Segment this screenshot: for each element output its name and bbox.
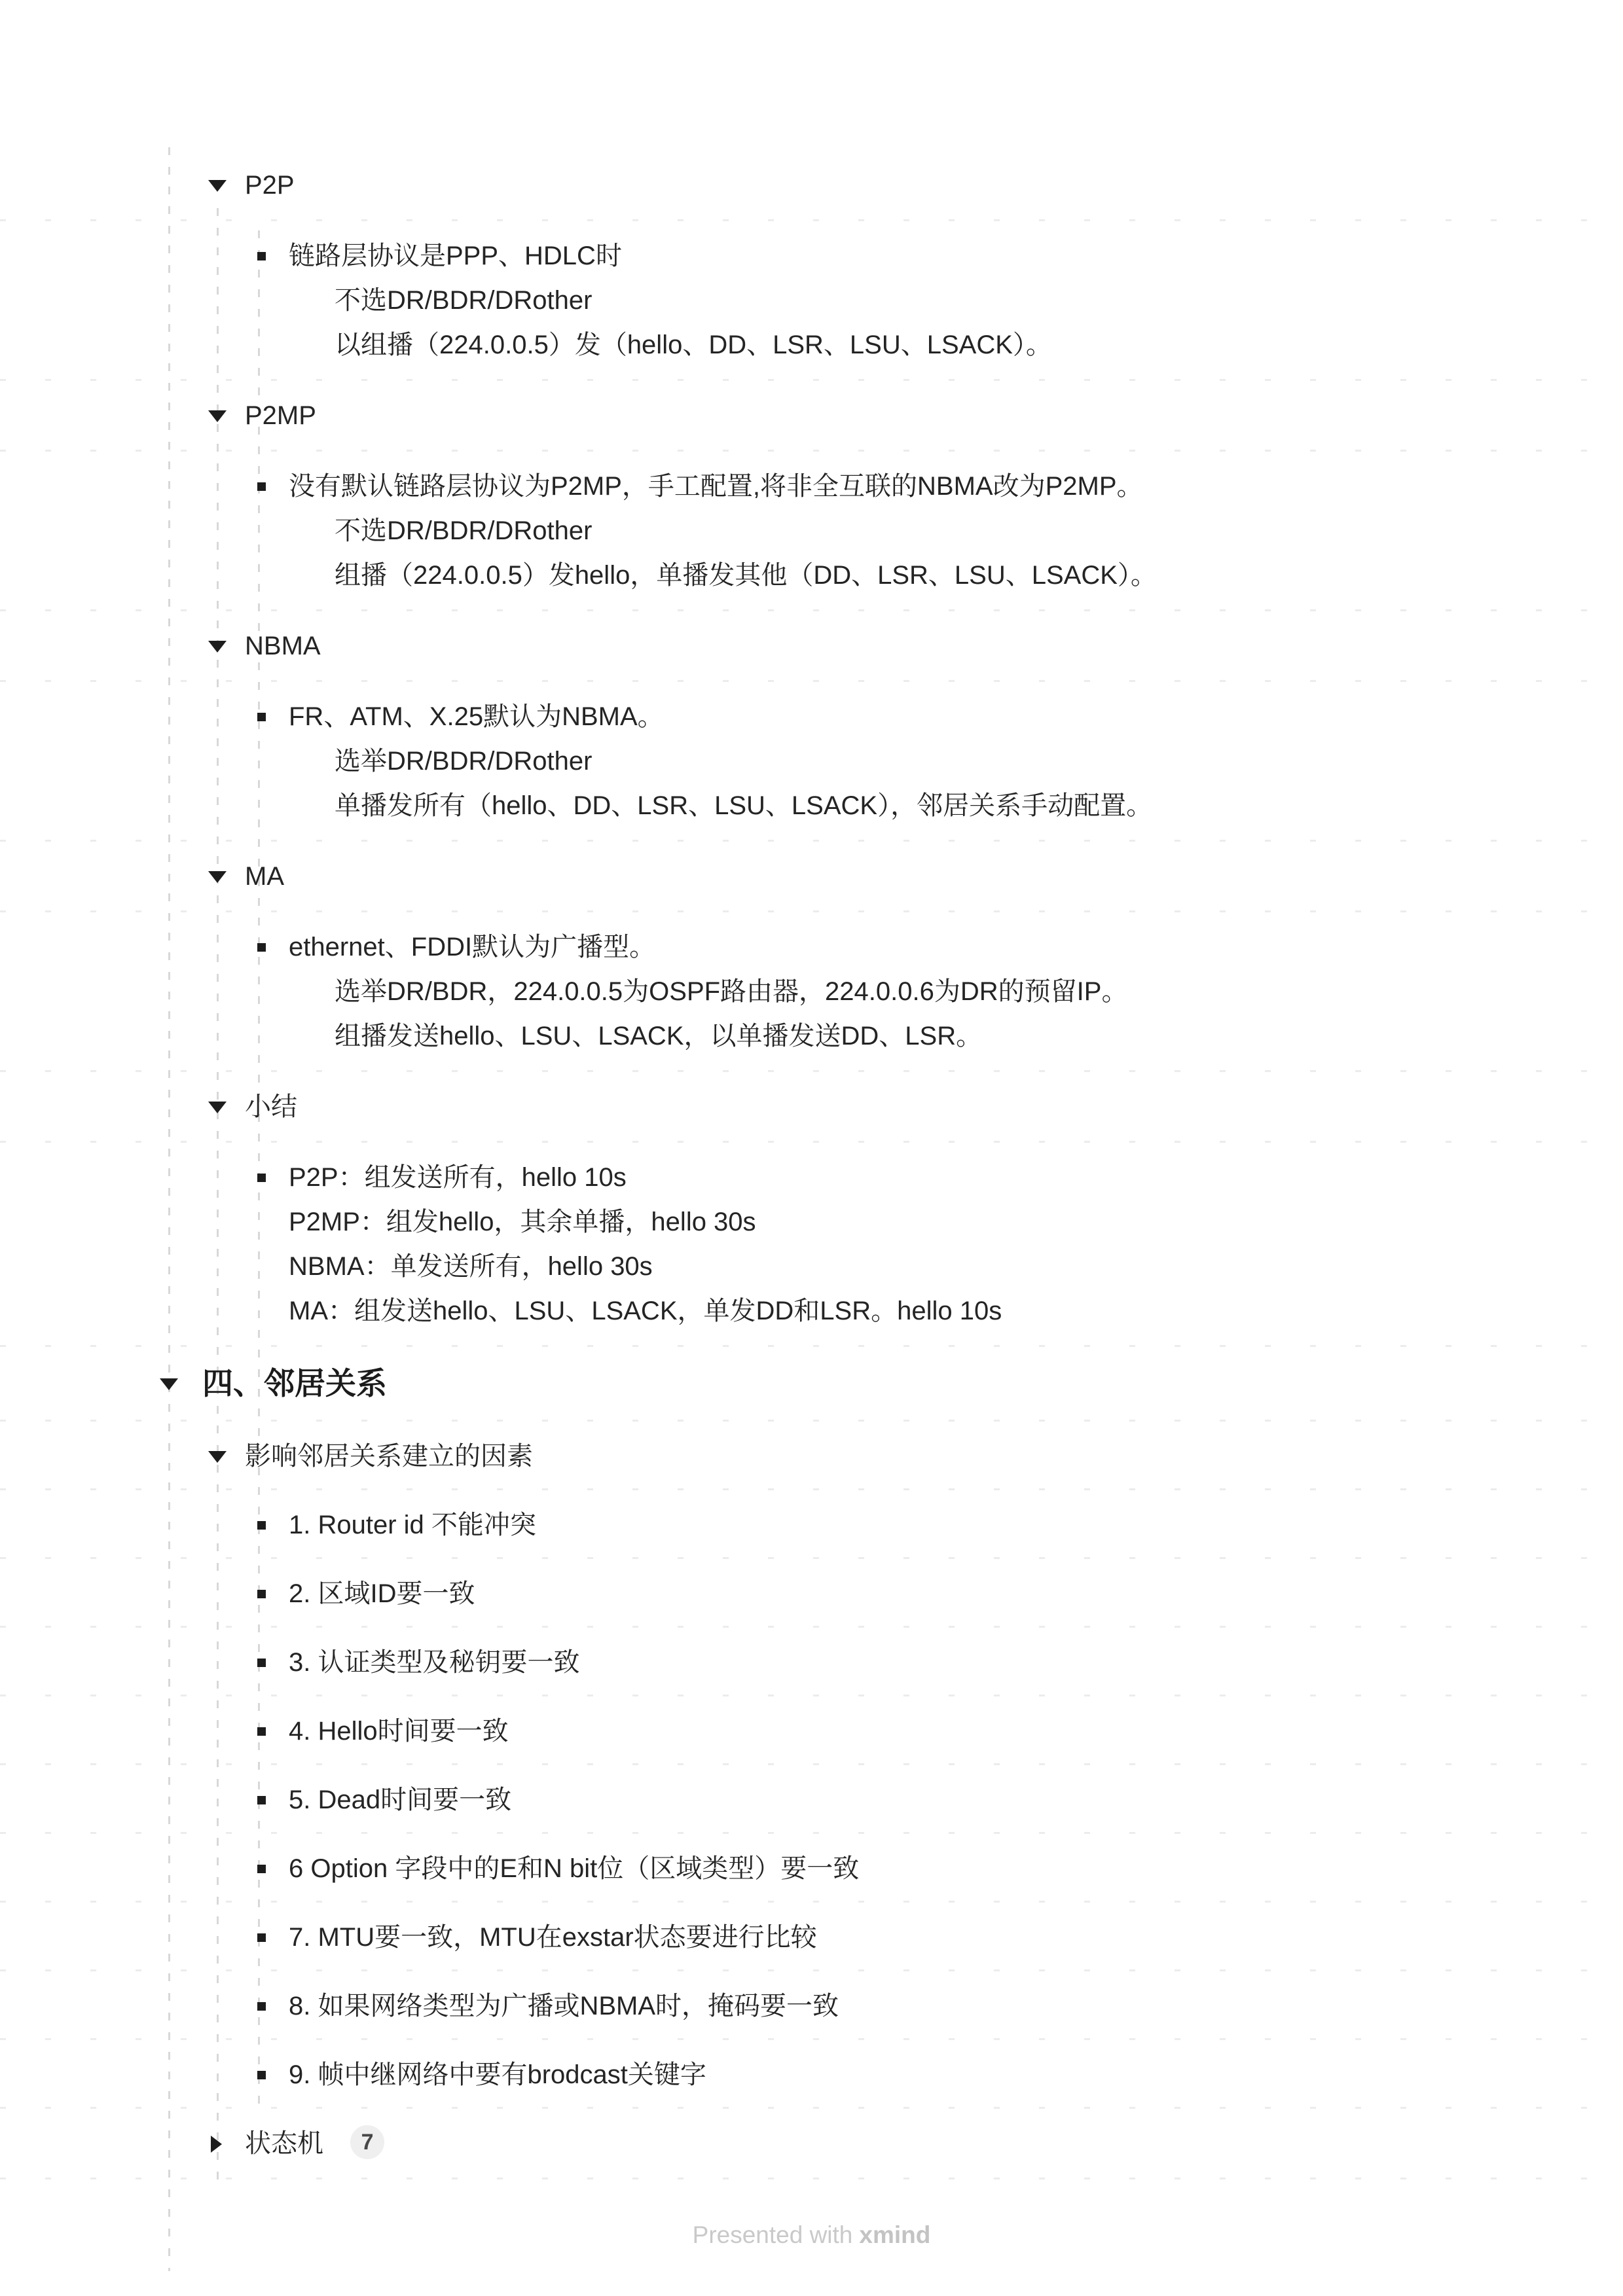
note-line: 不选DR/BDR/DRother <box>289 278 1623 323</box>
bullet-square-icon <box>257 1521 266 1530</box>
note-line: P2MP：组发hello，其余单播，hello 30s <box>289 1200 1623 1244</box>
note-line: 没有默认链路层协议为P2MP，手工配置,将非全互联的NBMA改为P2MP。 <box>289 464 1623 509</box>
note-line: 4. Hello时间要一致 <box>289 1709 1623 1753</box>
note-line: 选举DR/BDR，224.0.0.5为OSPF路由器，224.0.0.6为DR的… <box>289 969 1623 1014</box>
bullet-square-icon <box>257 1727 266 1736</box>
note-line: 8. 如果网络类型为广播或NBMA时，掩码要一致 <box>289 1984 1623 2028</box>
note-line: 链路层协议是PPP、HDLC时 <box>289 234 1623 278</box>
expand-triangle-icon[interactable] <box>211 2136 222 2153</box>
note-row-factor-1: 1. Router id 不能冲突 <box>0 1503 1623 1547</box>
bullet-square-icon <box>257 1174 266 1182</box>
note-line: 组播（224.0.0.5）发hello，单播发其他（DD、LSR、LSU、LSA… <box>289 553 1623 598</box>
footer: Presented withxmind <box>0 2221 1623 2250</box>
topic-row-summary[interactable]: 小结 <box>0 1085 1623 1129</box>
topic-label[interactable]: NBMA <box>245 632 321 660</box>
note-line: ethernet、FDDI默认为广播型。 <box>289 925 1623 969</box>
bullet-square-icon <box>257 2002 266 2011</box>
bullet-square-icon <box>257 252 266 260</box>
collapse-triangle-icon[interactable] <box>208 1451 227 1463</box>
section-title[interactable]: 四、邻居关系 <box>202 1366 387 1401</box>
outline-content: P2P 链路层协议是PPP、HDLC时 不选DR/BDR/DRother 以组播… <box>0 163 1623 2194</box>
note-line: 选举DR/BDR/DRother <box>289 739 1623 783</box>
topic-row-neighbor-relations[interactable]: 四、邻居关系 <box>0 1359 1623 1408</box>
note-line: FR、ATM、X.25默认为NBMA。 <box>289 694 1623 739</box>
collapse-triangle-icon[interactable] <box>208 180 227 192</box>
footer-brand: xmind <box>859 2221 930 2248</box>
note-line: 5. Dead时间要一致 <box>289 1778 1623 1822</box>
topic-row-nbma[interactable]: NBMA <box>0 624 1623 668</box>
topic-row-p2mp[interactable]: P2MP <box>0 393 1623 438</box>
note-line: 单播发所有（hello、DD、LSR、LSU、LSACK），邻居关系手动配置。 <box>289 783 1623 828</box>
note-row-summary-detail: P2P：组发送所有，hello 10s P2MP：组发hello，其余单播，he… <box>0 1155 1623 1333</box>
note-row-factor-7: 7. MTU要一致，MTU在exstar状态要进行比较 <box>0 1915 1623 1960</box>
topic-label[interactable]: 状态机 <box>245 2129 323 2158</box>
bullet-square-icon <box>257 1590 266 1598</box>
bullet-square-icon <box>257 482 266 491</box>
note-line: 2. 区域ID要一致 <box>289 1571 1623 1616</box>
topic-label[interactable]: P2MP <box>245 401 316 430</box>
collapse-triangle-icon[interactable] <box>208 641 227 653</box>
note-line: 组播发送hello、LSU、LSACK，以单播发送DD、LSR。 <box>289 1014 1623 1058</box>
bullet-square-icon <box>257 1796 266 1804</box>
collapse-triangle-icon[interactable] <box>160 1378 178 1390</box>
topic-row-neighbor-factors[interactable]: 影响邻居关系建立的因素 <box>0 1434 1623 1479</box>
note-row-factor-9: 9. 帧中继网络中要有brodcast关键字 <box>0 2053 1623 2097</box>
topic-row-state-machine[interactable]: 状态机 7 <box>0 2121 1623 2166</box>
collapse-triangle-icon[interactable] <box>208 871 227 883</box>
note-row-factor-3: 3. 认证类型及秘钥要一致 <box>0 1640 1623 1685</box>
note-row-factor-4: 4. Hello时间要一致 <box>0 1709 1623 1753</box>
note-line: 1. Router id 不能冲突 <box>289 1503 1623 1547</box>
note-line: 7. MTU要一致，MTU在exstar状态要进行比较 <box>289 1915 1623 1960</box>
topic-label[interactable]: 小结 <box>245 1092 297 1121</box>
dotted-separator <box>0 2178 1623 2179</box>
note-line: P2P：组发送所有，hello 10s <box>289 1155 1623 1200</box>
topic-label[interactable]: 影响邻居关系建立的因素 <box>245 1442 533 1471</box>
bullet-square-icon <box>257 713 266 721</box>
collapsed-children-count-badge[interactable]: 7 <box>350 2125 384 2159</box>
topic-row-p2p[interactable]: P2P <box>0 163 1623 207</box>
note-row-p2mp-detail: 没有默认链路层协议为P2MP，手工配置,将非全互联的NBMA改为P2MP。 不选… <box>0 464 1623 598</box>
note-line: NBMA：单发送所有，hello 30s <box>289 1244 1623 1289</box>
note-row-factor-5: 5. Dead时间要一致 <box>0 1778 1623 1822</box>
bullet-square-icon <box>257 2071 266 2079</box>
note-line: 3. 认证类型及秘钥要一致 <box>289 1640 1623 1685</box>
note-row-ma-detail: ethernet、FDDI默认为广播型。 选举DR/BDR，224.0.0.5为… <box>0 925 1623 1058</box>
topic-row-ma[interactable]: MA <box>0 854 1623 899</box>
note-line: MA：组发送hello、LSU、LSACK，单发DD和LSR。hello 10s <box>289 1289 1623 1333</box>
note-line: 6 Option 字段中的E和N bit位（区域类型）要一致 <box>289 1846 1623 1891</box>
topic-label[interactable]: MA <box>245 862 284 891</box>
note-row-factor-2: 2. 区域ID要一致 <box>0 1571 1623 1616</box>
note-row-p2p-detail: 链路层协议是PPP、HDLC时 不选DR/BDR/DRother 以组播（224… <box>0 234 1623 367</box>
bullet-square-icon <box>257 1659 266 1667</box>
note-row-factor-8: 8. 如果网络类型为广播或NBMA时，掩码要一致 <box>0 1984 1623 2028</box>
collapse-triangle-icon[interactable] <box>208 1102 227 1113</box>
bullet-square-icon <box>257 1865 266 1873</box>
topic-label[interactable]: P2P <box>245 171 295 200</box>
footer-text: Presented with <box>693 2221 853 2248</box>
collapse-triangle-icon[interactable] <box>208 410 227 422</box>
bullet-square-icon <box>257 943 266 952</box>
note-row-factor-6: 6 Option 字段中的E和N bit位（区域类型）要一致 <box>0 1846 1623 1891</box>
note-line: 9. 帧中继网络中要有brodcast关键字 <box>289 2053 1623 2097</box>
bullet-square-icon <box>257 1933 266 1942</box>
note-line: 不选DR/BDR/DRother <box>289 509 1623 553</box>
note-row-nbma-detail: FR、ATM、X.25默认为NBMA。 选举DR/BDR/DRother 单播发… <box>0 694 1623 828</box>
note-line: 以组播（224.0.0.5）发（hello、DD、LSR、LSU、LSACK）。 <box>289 323 1623 367</box>
